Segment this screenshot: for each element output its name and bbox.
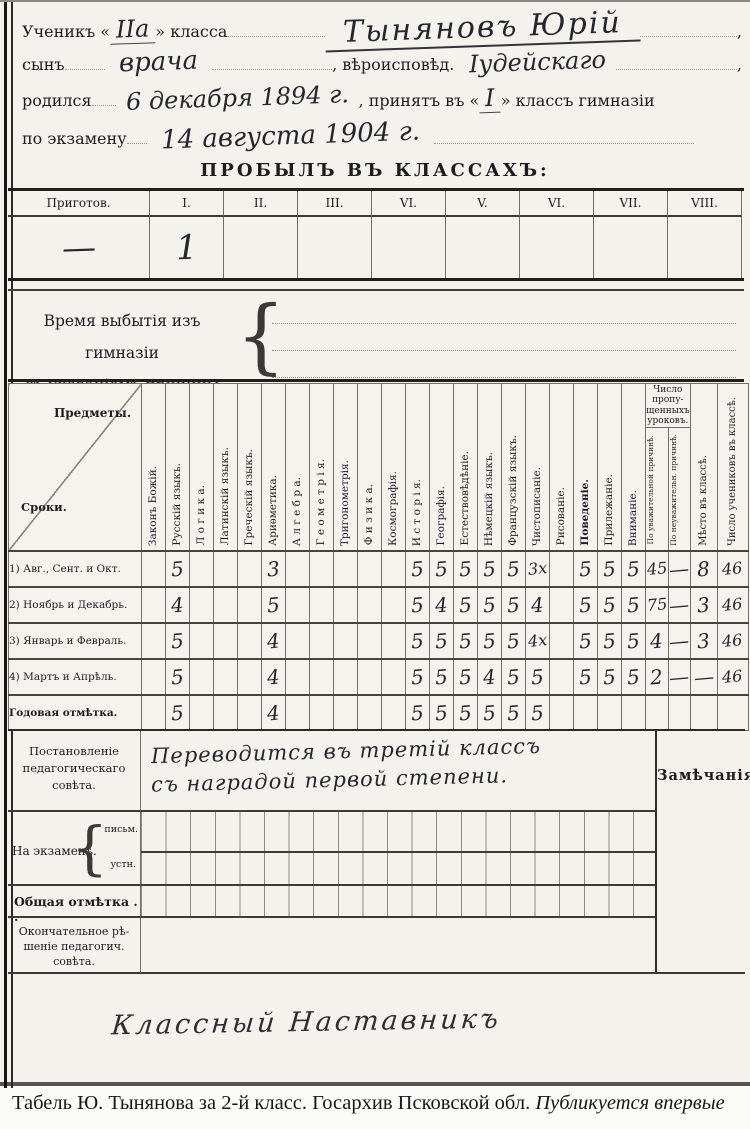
- grade-cell: [286, 551, 310, 587]
- handwritten-grade: 4: [649, 628, 664, 653]
- handwritten-grade: 8: [696, 556, 711, 581]
- grade-cell: [238, 623, 262, 659]
- caption-italic-text: Публикуется впервые: [535, 1092, 724, 1114]
- exam-oral-cells: [141, 853, 657, 886]
- grade-cell: 5: [502, 659, 526, 695]
- grade-cell: 5: [430, 659, 454, 695]
- term-row-label: 3) Январь и Февраль.: [9, 623, 142, 659]
- resolution-label-l3: совѣта.: [8, 777, 140, 794]
- handwritten-grade: 5: [266, 592, 281, 617]
- subject-label: Географія.: [436, 480, 447, 550]
- grade-cell: 5: [454, 695, 478, 731]
- grade-cell: [190, 695, 214, 731]
- term-row-label: 1) Авг., Сент. и Окт.: [9, 551, 142, 587]
- grade-cell: 5: [406, 695, 430, 731]
- subject-column-header: Рисованіе.: [550, 384, 574, 551]
- grade-cell: 3х: [526, 551, 550, 587]
- grade-cell: [646, 695, 669, 731]
- form-line-2: сынъ врача , вѣроисповѣд. Іудейскаго ,: [22, 47, 742, 84]
- stay-col-header: V.: [446, 191, 520, 217]
- subject-label: Естествовѣдѣніе.: [460, 445, 471, 549]
- handwritten-grade: 5: [506, 664, 521, 689]
- subject-label: Ариѳметика.: [268, 469, 279, 550]
- grade-cell: [334, 587, 358, 623]
- label-class: класса: [170, 22, 227, 41]
- class-value: IIа: [110, 14, 156, 45]
- exam-written-label: письм.: [104, 824, 138, 835]
- label-gymnasium: » классъ гимназіи: [501, 91, 655, 110]
- grade-cell: [334, 623, 358, 659]
- grade-cell: 5: [166, 623, 190, 659]
- label-student: Ученикъ: [22, 22, 95, 41]
- handwritten-grade: 4: [170, 592, 185, 617]
- handwritten-grade: 4: [530, 592, 545, 617]
- caption-text: Табель Ю. Тынянова за 2-й класс. Госархи…: [12, 1092, 535, 1114]
- grade-cell: [286, 623, 310, 659]
- grade-cell: 5: [430, 551, 454, 587]
- stay-col-value: [520, 217, 594, 278]
- grade-cell: [190, 587, 214, 623]
- handwritten-grade: 5: [626, 556, 641, 581]
- handwritten-grade: 5: [458, 664, 473, 689]
- subject-label: Вниманіе.: [628, 484, 639, 550]
- grade-cell: 5: [166, 659, 190, 695]
- handwritten-grade: 5: [530, 664, 545, 689]
- resolution-label-l1: Постановленіе: [8, 743, 140, 760]
- subject-column-header: Прилежаніе.: [598, 384, 622, 551]
- grade-cell: 5: [406, 587, 430, 623]
- handwritten-grade: 5: [602, 592, 617, 617]
- stay-table: Приготов.I.II.III.VI.V.VI.VII.VIII. —1: [8, 188, 744, 281]
- handwritten-grade: 5: [482, 556, 497, 581]
- grade-cell: 5: [478, 695, 502, 731]
- grade-cell: 5: [406, 659, 430, 695]
- form-line-4: по экзамену 14 августа 1904 г.: [22, 121, 742, 158]
- stay-col-header: I.: [150, 191, 224, 217]
- subject-column-header: Естествовѣдѣніе.: [454, 384, 478, 551]
- grade-cell: [550, 659, 574, 695]
- handwritten-grade: 5: [458, 556, 473, 581]
- grade-cell: [214, 551, 238, 587]
- grade-cell: 46: [717, 587, 748, 623]
- grade-cell: 4: [166, 587, 190, 623]
- grade-cell: —: [668, 659, 690, 695]
- final-label-l2: шеніе педагогич.: [8, 939, 140, 954]
- quote-open: «: [100, 22, 110, 41]
- subject-column-header: Греческій языкъ.: [238, 384, 262, 551]
- grade-cell: 4: [478, 659, 502, 695]
- stay-col-header: VI.: [520, 191, 594, 217]
- stay-col-value: [298, 217, 372, 278]
- handwritten-grade: 75: [646, 594, 668, 615]
- subject-label: Г е о м е т р і я.: [316, 453, 327, 549]
- handwritten-grade: 2: [649, 664, 664, 689]
- exam-label-cell: На экзаменѣ. { письм. устн.: [8, 812, 141, 886]
- grade-cell: [190, 623, 214, 659]
- handwritten-grade: 4: [266, 628, 281, 653]
- grade-cell: 5: [526, 659, 550, 695]
- grade-cell: 5: [598, 623, 622, 659]
- term-row: 3) Январь и Февраль.54555554х5554—346: [9, 623, 749, 659]
- subject-label: Русскій языкъ.: [172, 457, 183, 550]
- handwritten-grade: 5: [458, 592, 473, 617]
- place-column-header: Мѣсто въ классѣ.: [690, 384, 717, 551]
- subject-column-header: А л г е б р а.: [286, 384, 310, 551]
- subject-label: Нѣмецкій языкъ.: [484, 446, 495, 550]
- grade-cell: 8: [690, 551, 717, 587]
- grade-cell: —: [668, 623, 690, 659]
- grade-cell: 5: [166, 551, 190, 587]
- grade-cell: [310, 695, 334, 731]
- resolution-handwriting: Переводится въ третій классъ съ наградой…: [141, 731, 657, 812]
- grade-cell: 45: [646, 551, 669, 587]
- overall-mark-label: Общая отмѣтка . .: [8, 886, 141, 918]
- handwritten-grade: 46: [722, 630, 744, 651]
- grade-cell: 5: [406, 551, 430, 587]
- birth-date: 6 декабря 1894 г.: [115, 80, 359, 116]
- grade-cell: 5: [478, 587, 502, 623]
- form-line-3: родился 6 декабря 1894 г. , принятъ въ «…: [22, 84, 742, 121]
- grade-cell: 75: [646, 587, 669, 623]
- subject-column-header: Поведеніе.: [574, 384, 598, 551]
- subject-label: Л о г и к а.: [196, 479, 207, 549]
- grade-cell: 3: [690, 623, 717, 659]
- stay-table-title: ПРОБЫЛЪ ВЪ КЛАССАХЪ:: [0, 160, 750, 181]
- stay-col-header: II.: [224, 191, 298, 217]
- grade-cell: [358, 659, 382, 695]
- handwritten-grade: 5: [626, 592, 641, 617]
- grade-cell: [550, 587, 574, 623]
- handwritten-grade: 5: [458, 628, 473, 653]
- grade-cell: 5: [598, 659, 622, 695]
- grade-cell: [550, 695, 574, 731]
- term-row-label: 4) Мартъ и Апрѣль.: [9, 659, 142, 695]
- handwritten-grade: 4: [434, 592, 449, 617]
- handwritten-grade: 5: [482, 592, 497, 617]
- grade-cell: 4: [262, 695, 286, 731]
- grade-cell: [334, 551, 358, 587]
- handwritten-grade: 5: [506, 700, 521, 725]
- subject-column-header: Нѣмецкій языкъ.: [478, 384, 502, 551]
- subject-column-header: И с т о р і я.: [406, 384, 430, 551]
- grade-cell: [358, 551, 382, 587]
- grade-cell: 4: [526, 587, 550, 623]
- comma: ,: [737, 22, 742, 41]
- handwritten-grade: 5: [434, 700, 449, 725]
- grade-cell: 5: [622, 551, 646, 587]
- grade-cell: 4: [262, 623, 286, 659]
- label-by-exam: по экзамену: [22, 129, 127, 148]
- grade-cell: 5: [478, 551, 502, 587]
- quote-close: »: [155, 22, 165, 41]
- handwritten-grade: 3: [696, 592, 711, 617]
- grade-cell: 5: [430, 623, 454, 659]
- grade-cell: [190, 551, 214, 587]
- subject-column-header: Л о г и к а.: [190, 384, 214, 551]
- missed-reason-subheader: По неуважительн. причинѣ.: [668, 428, 690, 551]
- missed-reason-label: По уважительной причинѣ.: [647, 429, 666, 548]
- handwritten-grade: 5: [602, 556, 617, 581]
- grade-cell: [142, 695, 166, 731]
- handwritten-grade: 46: [722, 666, 744, 687]
- handwritten-grade: 5: [506, 556, 521, 581]
- grade-cell: 5: [454, 659, 478, 695]
- label-son: сынъ: [22, 55, 65, 74]
- document-sheet: Ученикъ « IIа » класса Тыняновъ Юрій , с…: [0, 0, 750, 1086]
- grade-cell: [214, 587, 238, 623]
- report-card-scan: Ученикъ « IIа » класса Тыняновъ Юрій , с…: [0, 0, 750, 1129]
- brace-glyph: {: [71, 814, 108, 882]
- remarks-box: Замѣчанія:: [657, 731, 745, 974]
- term-row-label: 2) Ноябрь и Декабрь.: [9, 587, 142, 623]
- stay-col-header: VII.: [594, 191, 668, 217]
- handwritten-grade: 5: [626, 628, 641, 653]
- grade-cell: [358, 695, 382, 731]
- stay-col-header: Приготов.: [8, 191, 150, 217]
- subject-column-header: Ф и з и к а.: [358, 384, 382, 551]
- stay-col-value: [594, 217, 668, 278]
- subject-label: Латинскій языкъ.: [220, 441, 231, 549]
- admission-class: I: [479, 84, 501, 114]
- stay-col-header: VIII.: [668, 191, 742, 217]
- handwritten-grade: 4х: [527, 630, 548, 651]
- stay-col-value: [372, 217, 446, 278]
- leaving-label-line1: Время выбытія изъ гимназіи: [8, 305, 236, 369]
- grade-cell: [286, 587, 310, 623]
- grade-cell: [310, 623, 334, 659]
- admission-date: 14 августа 1904 г.: [146, 116, 434, 156]
- grade-cell: —: [668, 587, 690, 623]
- handwritten-grade: 46: [722, 594, 744, 615]
- handwritten-grade: 45: [646, 558, 668, 579]
- grade-cell: [382, 587, 406, 623]
- grade-cell: 3: [262, 551, 286, 587]
- handwritten-grade: —: [668, 664, 690, 690]
- subject-column-header: Г е о м е т р і я.: [310, 384, 334, 551]
- handwritten-grade: 5: [170, 700, 185, 725]
- handwritten-mark: 1: [175, 227, 198, 268]
- final-label-l3: совѣта.: [8, 954, 140, 969]
- grade-cell: [334, 659, 358, 695]
- handwritten-grade: 5: [578, 664, 593, 689]
- pupil-count-column-header: Число учениковъ въ классѣ.: [717, 384, 748, 551]
- grade-cell: [310, 551, 334, 587]
- stay-col-value: 1: [150, 217, 224, 278]
- handwritten-grade: 5: [458, 700, 473, 725]
- student-info-form: Ученикъ « IIа » класса Тыняновъ Юрій , с…: [22, 10, 742, 158]
- grade-cell: [238, 695, 262, 731]
- handwritten-grade: 5: [170, 628, 185, 653]
- handwritten-grade: 5: [434, 664, 449, 689]
- grade-cell: 5: [598, 551, 622, 587]
- handwritten-grade: 5: [410, 700, 425, 725]
- subject-column-header: Тригонометрія.: [334, 384, 358, 551]
- remarks-label: Замѣчанія:: [657, 767, 750, 784]
- pupil-count-label: Число учениковъ въ классѣ.: [728, 391, 738, 550]
- term-row: 2) Ноябрь и Декабрь.4554555455575—346: [9, 587, 749, 623]
- grade-cell: [334, 695, 358, 731]
- stay-col-header: III.: [298, 191, 372, 217]
- missed-lessons-group-header: Число пропу­щенныхъ уроковъ.: [646, 384, 691, 428]
- grade-cell: 46: [717, 551, 748, 587]
- grade-cell: 5: [574, 659, 598, 695]
- handwritten-grade: —: [693, 664, 715, 690]
- stay-col-value: [668, 217, 742, 278]
- grade-cell: [622, 695, 646, 731]
- grade-cell: 5: [478, 623, 502, 659]
- subject-label: Законъ Божій.: [148, 460, 159, 550]
- grade-cell: 5: [598, 587, 622, 623]
- handwritten-grade: 4: [266, 664, 281, 689]
- label-admitted: , принятъ въ «: [359, 91, 480, 110]
- handwritten-grade: —: [668, 628, 690, 654]
- subject-column-header: Космографія.: [382, 384, 406, 551]
- grade-cell: [310, 587, 334, 623]
- grade-cell: —: [668, 551, 690, 587]
- handwritten-grade: 46: [722, 558, 744, 579]
- handwritten-grade: 5: [530, 700, 545, 725]
- stay-table-value-row: —1: [8, 217, 744, 278]
- grade-cell: [238, 551, 262, 587]
- grade-cell: 5: [574, 551, 598, 587]
- subject-column-header: Русскій языкъ.: [166, 384, 190, 551]
- stay-col-header: VI.: [372, 191, 446, 217]
- subject-label: Тригонометрія.: [340, 454, 351, 550]
- handwritten-grade: —: [668, 556, 690, 582]
- subject-column-header: Латинскій языкъ.: [214, 384, 238, 551]
- grade-cell: [214, 695, 238, 731]
- grade-cell: [214, 659, 238, 695]
- grade-cell: [382, 551, 406, 587]
- subject-label: Французскій языкъ.: [508, 429, 519, 550]
- lower-sections: Постановленіе педагогическаго совѣта. Пе…: [8, 729, 745, 974]
- handwritten-grade: 5: [506, 628, 521, 653]
- grade-cell: 5: [622, 623, 646, 659]
- grade-cell: [142, 587, 166, 623]
- grade-cell: 5: [502, 623, 526, 659]
- resolution-label-l2: педагогическаго: [8, 760, 140, 777]
- subject-label: Поведеніе.: [580, 473, 591, 550]
- handwritten-grade: 4: [482, 664, 497, 689]
- grade-cell: 5: [526, 695, 550, 731]
- leaving-label: Время выбытія изъ гимназіи съ указаніемъ…: [8, 291, 236, 379]
- grade-cell: [382, 623, 406, 659]
- father-occupation: врача: [104, 45, 212, 79]
- grade-cell: [238, 587, 262, 623]
- grade-cell: [358, 587, 382, 623]
- comma: ,: [737, 55, 742, 74]
- handwritten-grade: 5: [434, 556, 449, 581]
- handwritten-grade: 5: [578, 592, 593, 617]
- handwritten-grade: 3: [696, 628, 711, 653]
- handwritten-grade: 5: [578, 556, 593, 581]
- grade-cell: 5: [454, 551, 478, 587]
- term-row: 1) Авг., Сент. и Окт.53555553х55545—846: [9, 551, 749, 587]
- grade-cell: 5: [502, 551, 526, 587]
- grade-cell: [598, 695, 622, 731]
- grade-cell: 5: [262, 587, 286, 623]
- term-row: Годовая отмѣтка.54555555: [9, 695, 749, 731]
- brace-glyph: {: [236, 289, 262, 381]
- grade-cell: 5: [502, 695, 526, 731]
- subject-column-header: Вниманіе.: [622, 384, 646, 551]
- grade-cell: 5: [622, 587, 646, 623]
- subject-column-header: Чистописаніе.: [526, 384, 550, 551]
- exam-written-cells: [141, 812, 657, 853]
- grade-cell: [190, 659, 214, 695]
- grade-cell: [690, 695, 717, 731]
- final-decision-cells: [141, 918, 657, 974]
- grade-cell: [286, 659, 310, 695]
- grade-cell: 5: [454, 623, 478, 659]
- subject-column-header: Французскій языкъ.: [502, 384, 526, 551]
- handwritten-grade: 3х: [527, 558, 548, 579]
- grades-table: Предметы.Сроки.Законъ Божій.Русскій язык…: [8, 383, 749, 731]
- subject-column-header: Ариѳметика.: [262, 384, 286, 551]
- exam-oral-label: устн.: [110, 859, 136, 870]
- subject-label: Чистописаніе.: [532, 461, 543, 550]
- grade-cell: 3: [690, 587, 717, 623]
- label-confession: , вѣроисповѣд.: [332, 55, 454, 74]
- handwritten-grade: 5: [482, 700, 497, 725]
- subject-label: Рисованіе.: [556, 481, 567, 549]
- handwritten-grade: 5: [410, 592, 425, 617]
- subject-label: Прилежаніе.: [604, 468, 615, 550]
- overall-mark-cells: [141, 886, 657, 918]
- subject-column-header: Законъ Божій.: [142, 384, 166, 551]
- place-label: Мѣсто въ классѣ.: [699, 449, 709, 550]
- handwritten-grade: 3: [266, 556, 281, 581]
- subject-label: Греческій языкъ.: [244, 443, 255, 549]
- grade-cell: 5: [574, 587, 598, 623]
- corner-terms-label: Сроки.: [21, 500, 67, 514]
- final-label-l1: Окончательное рѣ-: [8, 924, 140, 939]
- handwritten-grade: 5: [482, 628, 497, 653]
- grade-cell: [142, 659, 166, 695]
- leaving-blank-lines: [262, 291, 744, 379]
- handwritten-grade: 5: [626, 664, 641, 689]
- missed-reason-subheader: По уважительной причинѣ.: [646, 428, 669, 551]
- grade-cell: 4х: [526, 623, 550, 659]
- handwritten-grade: 5: [506, 592, 521, 617]
- grade-cell: 46: [717, 623, 748, 659]
- religion-value: Іудейскаго: [459, 45, 617, 78]
- grade-cell: 5: [454, 587, 478, 623]
- grade-cell: [668, 695, 690, 731]
- grade-cell: [550, 551, 574, 587]
- label-born: родился: [22, 91, 92, 110]
- photo-caption: Табель Ю. Тынянова за 2-й класс. Госархи…: [12, 1092, 742, 1115]
- subject-label: Ф и з и к а.: [364, 478, 375, 549]
- grade-cell: [358, 623, 382, 659]
- grade-cell: 46: [717, 659, 748, 695]
- stay-col-value: [446, 217, 520, 278]
- leaving-section: Время выбытія изъ гимназіи съ указаніемъ…: [8, 289, 744, 382]
- grade-cell: [238, 659, 262, 695]
- handwritten-grade: 5: [578, 628, 593, 653]
- grade-cell: [286, 695, 310, 731]
- grade-cell: [574, 695, 598, 731]
- grade-cell: [550, 623, 574, 659]
- form-line-1: Ученикъ « IIа » класса Тыняновъ Юрій ,: [22, 10, 742, 47]
- handwritten-grade: 5: [410, 628, 425, 653]
- grade-cell: 4: [646, 623, 669, 659]
- term-row-label: Годовая отмѣтка.: [9, 695, 142, 731]
- subject-label: Космографія.: [388, 465, 399, 550]
- grade-cell: [382, 695, 406, 731]
- grade-cell: [214, 623, 238, 659]
- handwritten-grade: 5: [602, 664, 617, 689]
